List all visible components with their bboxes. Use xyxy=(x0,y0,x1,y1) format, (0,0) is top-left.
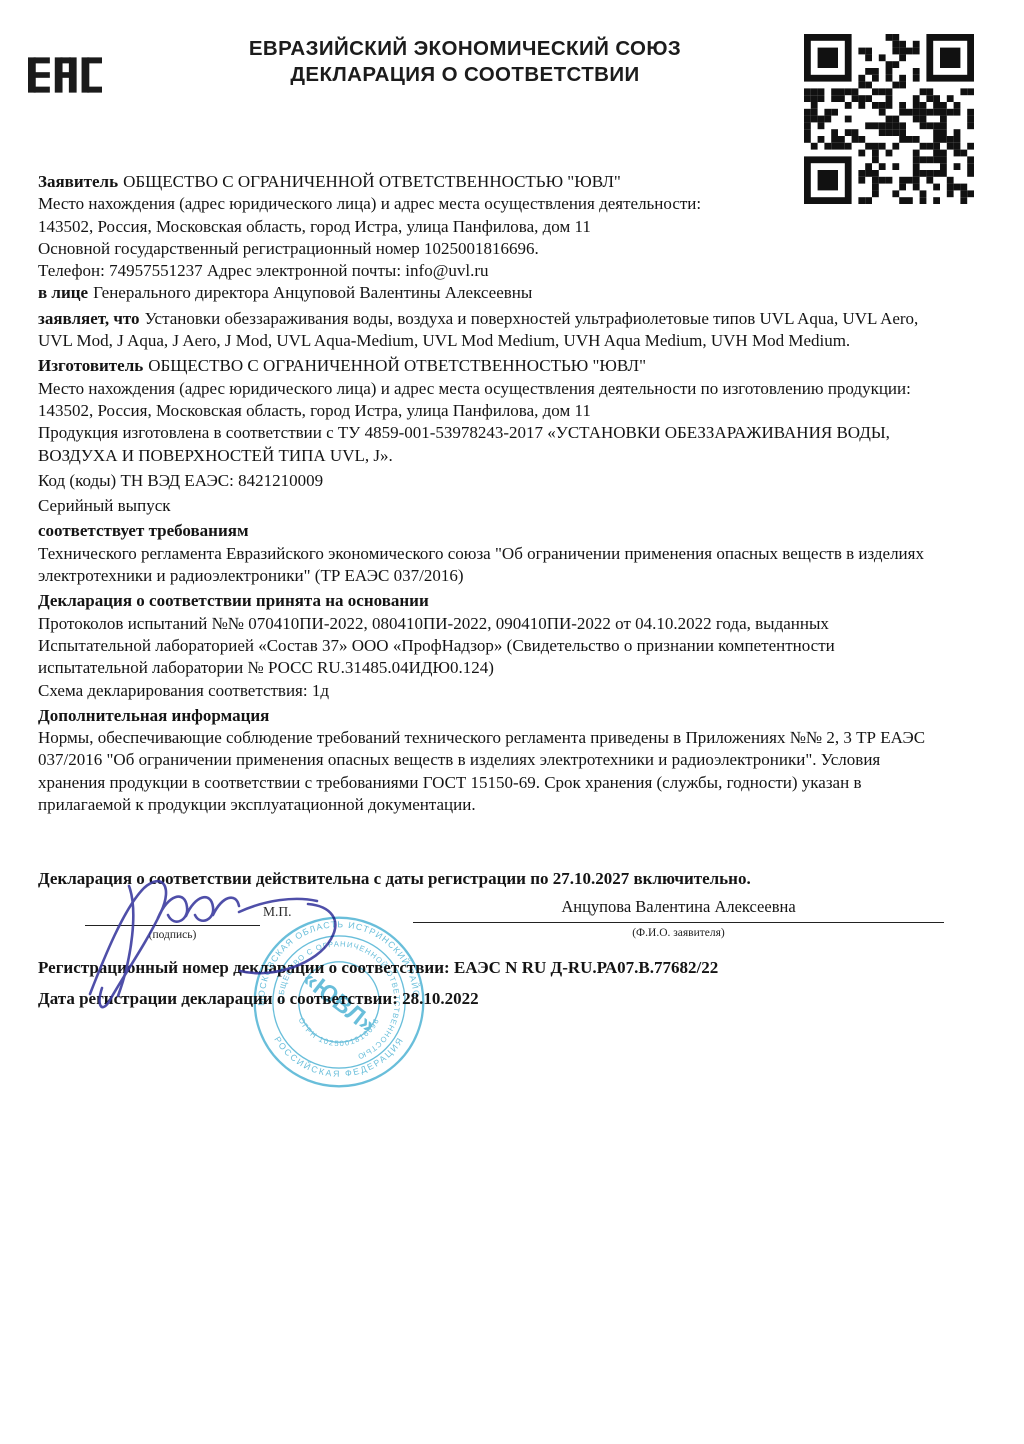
registration-number-line: Регистрационный номер декларации о соотв… xyxy=(38,958,958,978)
paragraph-tu: Продукция изготовлена в соответствии с Т… xyxy=(38,422,930,467)
applicant-name-caption: (Ф.И.О. заявителя) xyxy=(413,927,944,939)
signature-line xyxy=(85,925,260,926)
title-declaration-line: ДЕКЛАРАЦИЯ О СООТВЕТСТВИИ xyxy=(120,62,810,88)
paragraph-phone-email: Телефон: 74957551237 Адрес электронной п… xyxy=(38,260,930,282)
paragraph-address-label: Место нахождения (адрес юридического лиц… xyxy=(38,193,930,215)
applicant-name-line xyxy=(413,922,944,923)
paragraph-additional-info: Нормы, обеспечивающие соблюдение требова… xyxy=(38,727,930,816)
stamp-place-label: М.П. xyxy=(263,904,292,920)
registration-number-value: ЕАЭС N RU Д-RU.РА07.В.77682/22 xyxy=(454,958,718,977)
declaration-body: ЗаявительОБЩЕСТВО С ОГРАНИЧЕННОЙ ОТВЕТСТ… xyxy=(38,171,930,816)
registration-date-label: Дата регистрации декларации о соответств… xyxy=(38,989,398,1008)
paragraph-applicant: ЗаявительОБЩЕСТВО С ОГРАНИЧЕННОЙ ОТВЕТСТ… xyxy=(38,171,930,193)
registration-date-value: 28.10.2022 xyxy=(402,989,479,1008)
registration-number-label: Регистрационный номер декларации о соотв… xyxy=(38,958,450,977)
paragraph-declares: заявляет, чтоУстановки обеззараживания в… xyxy=(38,308,930,353)
svg-text:РОССИЙСКАЯ ФЕДЕРАЦИЯ: РОССИЙСКАЯ ФЕДЕРАЦИЯ xyxy=(272,1035,405,1079)
paragraph-manufacturer-address: Место нахождения (адрес юридического лиц… xyxy=(38,378,930,423)
validity-statement: Декларация о соответствии действительна … xyxy=(38,869,938,889)
applicant-name: Анцупова Валентина Алексеевна xyxy=(413,897,944,917)
eac-mark-icon xyxy=(28,36,102,114)
heading-basis: Декларация о соответствии принята на осн… xyxy=(38,590,930,612)
document-title: ЕВРАЗИЙСКИЙ ЭКОНОМИЧЕСКИЙ СОЮЗ ДЕКЛАРАЦИ… xyxy=(120,36,810,88)
svg-text:ОГРН 1025001816696: ОГРН 1025001816696 xyxy=(297,1016,382,1048)
paragraph-ogrn: Основной государственный регистрационный… xyxy=(38,238,930,260)
paragraph-serial: Серийный выпуск xyxy=(38,495,930,517)
stamp-ogrn-text: ОГРН 1025001816696 xyxy=(297,1016,382,1048)
paragraph-regulation: Технического регламента Евразийского эко… xyxy=(38,543,930,588)
paragraph-tnved-code: Код (коды) ТН ВЭД ЕАЭС: 8421210009 xyxy=(38,470,930,492)
paragraph-manufacturer: ИзготовительОБЩЕСТВО С ОГРАНИЧЕННОЙ ОТВЕ… xyxy=(38,355,930,377)
paragraph-scheme: Схема декларирования соответствия: 1д xyxy=(38,680,930,702)
stamp-outer-bottom-text: РОССИЙСКАЯ ФЕДЕРАЦИЯ xyxy=(272,1035,405,1079)
paragraph-represented-by: в лицеГенерального директора Анцуповой В… xyxy=(38,282,930,304)
paragraph-protocols: Протоколов испытаний №№ 070410ПИ-2022, 0… xyxy=(38,613,930,680)
signature-caption: (подпись) xyxy=(85,929,260,941)
heading-additional-info: Дополнительная информация xyxy=(38,705,930,727)
paragraph-address: 143502, Россия, Московская область, горо… xyxy=(38,216,930,238)
heading-complies: соответствует требованиям xyxy=(38,520,930,542)
registration-date-line: Дата регистрации декларации о соответств… xyxy=(38,989,958,1009)
title-union-line: ЕВРАЗИЙСКИЙ ЭКОНОМИЧЕСКИЙ СОЮЗ xyxy=(120,36,810,62)
